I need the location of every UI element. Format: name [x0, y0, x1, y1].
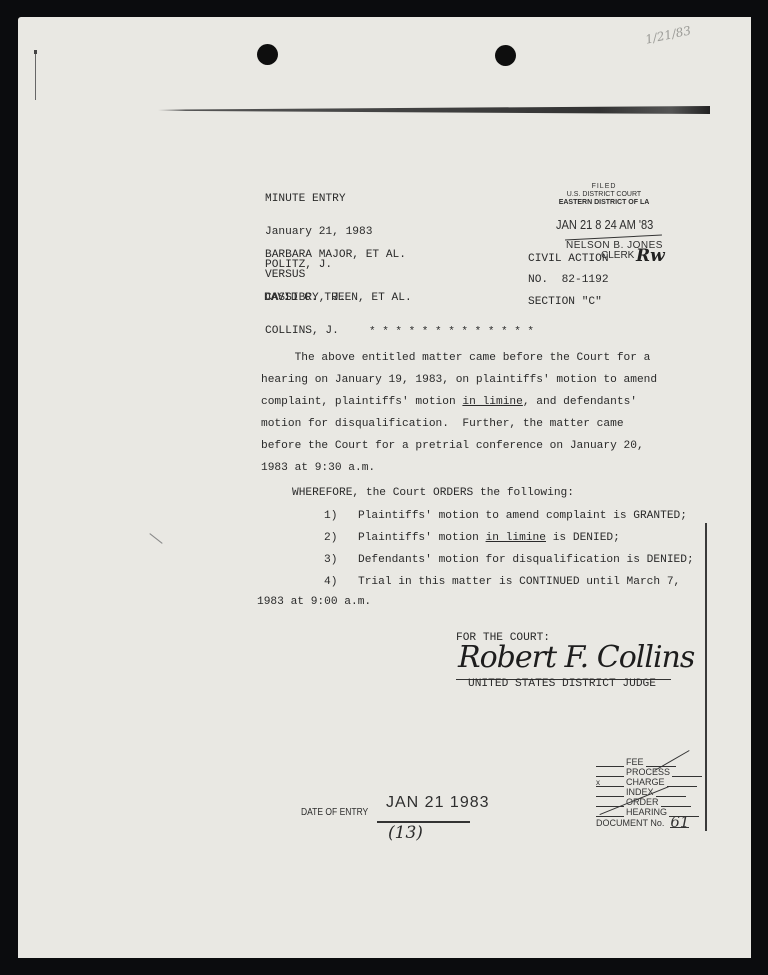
- order-item: 2)Plaintiffs' motion in limine is DENIED…: [324, 532, 694, 554]
- stamp-court: U.S. DISTRICT COURT: [548, 191, 660, 199]
- stamp-district: EASTERN DISTRICT OF LA: [548, 199, 660, 207]
- order-item: 3)Defendants' motion for disqualificatio…: [324, 554, 694, 576]
- order-number: 2): [324, 532, 358, 544]
- underlined-term: in limine: [486, 532, 546, 544]
- order-item: 4)Trial in this matter is CONTINUED unti…: [324, 576, 694, 598]
- paragraph-line: complaint, plaintiffs' motion in limine,…: [261, 396, 657, 418]
- punch-hole-right: [495, 45, 516, 66]
- paragraph-line: before the Court for a pretrial conferen…: [261, 440, 657, 462]
- date-of-entry-date: JAN 21 1983: [386, 794, 490, 812]
- judge-signature: Robert F. Collins: [458, 640, 694, 675]
- order-item: 1)Plaintiffs' motion to amend complaint …: [324, 510, 694, 532]
- paragraph-line: motion for disqualification. Further, th…: [261, 418, 657, 440]
- margin-mark: [35, 50, 36, 100]
- order-number: 4): [324, 576, 358, 588]
- header-title: MINUTE ENTRY: [265, 194, 372, 205]
- entry-number: (13): [388, 823, 423, 843]
- body-paragraph: The above entitled matter came before th…: [261, 352, 657, 484]
- separator-asterisks: * * * * * * * * * * * * *: [369, 327, 534, 338]
- right-margin-bar: [705, 523, 707, 831]
- paragraph-line: 1983 at 9:30 a.m.: [261, 462, 657, 484]
- docket-box: FEEPROCESSxCHARGEINDEXORDERHEARINGDOCUME…: [596, 757, 702, 828]
- order-continuation: 1983 at 9:00 a.m.: [257, 596, 371, 608]
- docket-item: PROCESS: [596, 767, 702, 777]
- wherefore-line: WHEREFORE, the Court ORDERS the followin…: [292, 487, 574, 499]
- judge-title: UNITED STATES DISTRICT JUDGE: [468, 678, 656, 690]
- paragraph-line: The above entitled matter came before th…: [261, 352, 657, 374]
- paragraph-line: hearing on January 19, 1983, on plaintif…: [261, 374, 657, 396]
- order-number: 3): [324, 554, 358, 566]
- section-label: SECTION "C": [528, 297, 602, 308]
- defendant-name: DAVID C. TREEN, ET AL.: [264, 293, 412, 304]
- versus-label: VERSUS: [265, 270, 305, 281]
- stamp-datetime: JAN 21 8 24 AM '83: [556, 217, 653, 232]
- docket-item: ORDER: [596, 797, 702, 807]
- plaintiff-name: BARBARA MAJOR, ET AL.: [265, 250, 406, 261]
- civil-action-label: CIVIL ACTION: [528, 254, 609, 265]
- header-judge-3: COLLINS, J.: [265, 326, 372, 337]
- order-number: 1): [324, 510, 358, 522]
- stamp-filed: FILED: [548, 183, 660, 191]
- docket-item: INDEX: [596, 787, 702, 797]
- orders-list: 1)Plaintiffs' motion to amend complaint …: [324, 510, 694, 598]
- filed-stamp: FILED U.S. DISTRICT COURT EASTERN DISTRI…: [548, 183, 660, 207]
- clerk-initials: Rw: [636, 246, 665, 266]
- case-number: NO. 82-1192: [528, 275, 609, 286]
- header-date: January 21, 1983: [265, 227, 372, 238]
- docket-item: FEE: [596, 757, 702, 767]
- punch-hole-left: [257, 44, 278, 65]
- date-of-entry-label: DATE OF ENTRY: [301, 807, 368, 818]
- document-number-row: DOCUMENT No.61: [596, 817, 702, 828]
- underlined-term: in limine: [462, 396, 522, 408]
- docket-item: xCHARGE: [596, 777, 702, 787]
